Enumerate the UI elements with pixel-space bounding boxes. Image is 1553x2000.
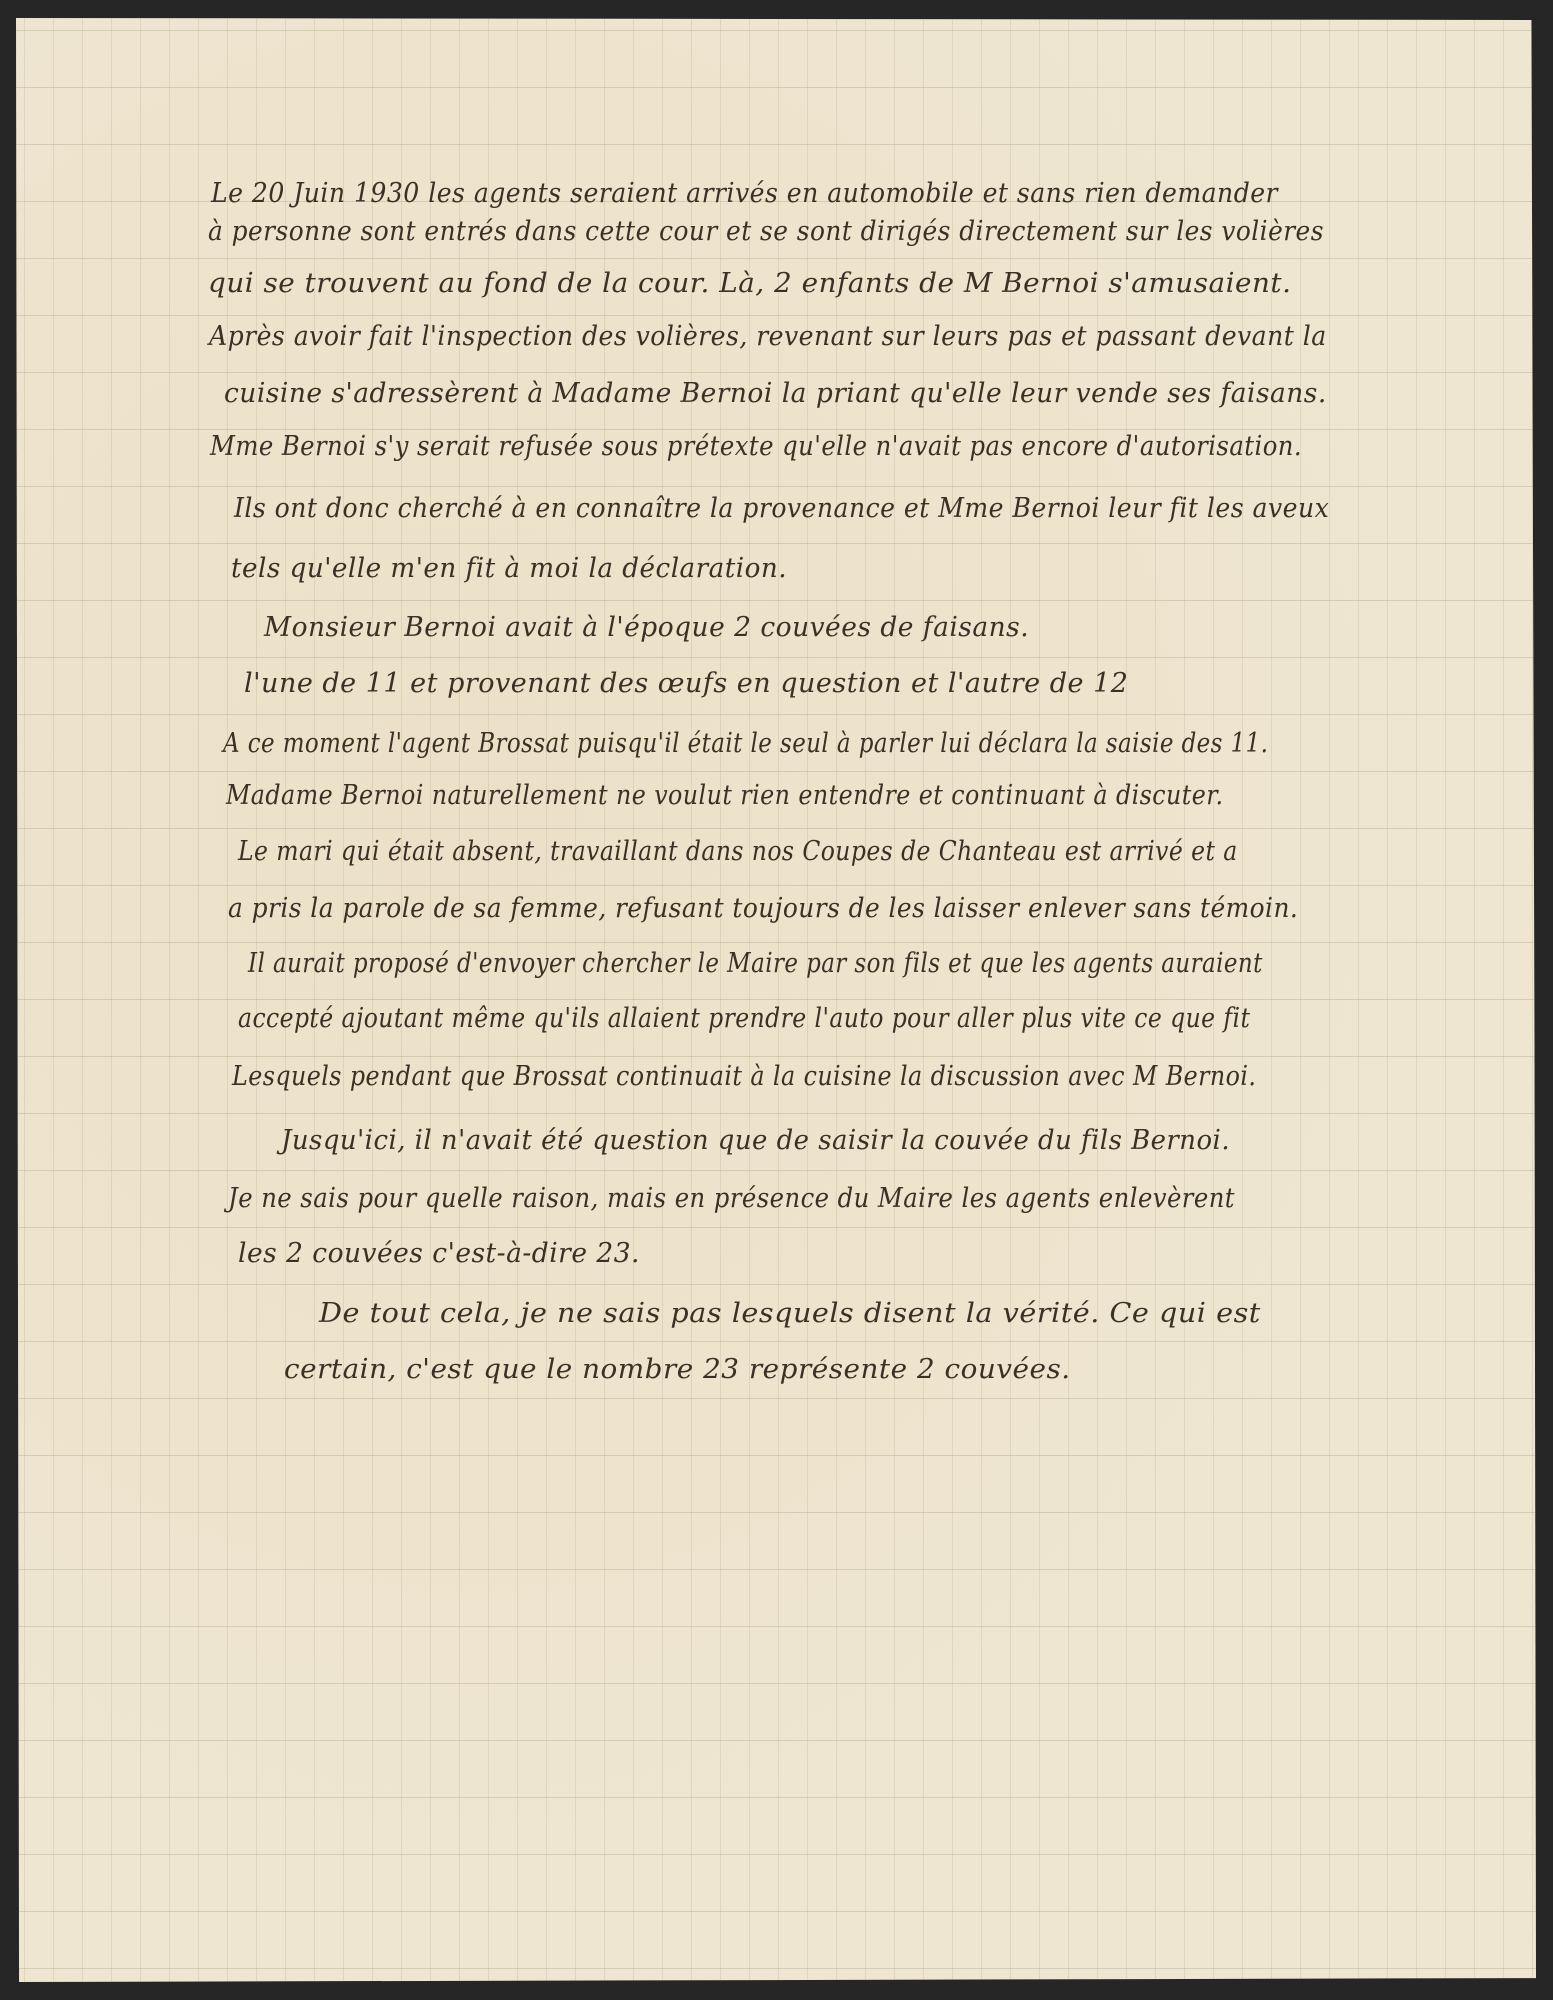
text-line-12: Madame Bernoi naturellement ne voulut ri… xyxy=(226,780,1223,811)
text-line-13: Le mari qui était absent, travaillant da… xyxy=(238,836,1238,867)
text-line-2: à personne sont entrés dans cette cour e… xyxy=(208,216,1324,247)
text-line-17: Lesquels pendant que Brossat continuait … xyxy=(232,1061,1256,1092)
text-line-19: Je ne sais pour quelle raison, mais en p… xyxy=(228,1183,1235,1214)
text-line-21: De tout cela, je ne sais pas lesquels di… xyxy=(319,1298,1261,1329)
text-line-18: Jusqu'ici, il n'avait été question que d… xyxy=(281,1125,1230,1156)
text-line-14: a pris la parole de sa femme, refusant t… xyxy=(228,893,1298,924)
text-line-15: Il aurait proposé d'envoyer chercher le … xyxy=(248,948,1263,979)
text-line-8: tels qu'elle m'en fit à moi la déclarati… xyxy=(231,553,787,584)
text-line-1: Le 20 Juin 1930 les agents seraient arri… xyxy=(211,178,1420,209)
handwritten-page: Le 20 Juin 1930 les agents seraient arri… xyxy=(16,18,1536,1982)
text-line-20: les 2 couvées c'est-à-dire 23. xyxy=(238,1238,640,1269)
text-line-10: l'une de 11 et provenant des œufs en que… xyxy=(244,668,1128,699)
text-line-6: Mme Bernoi s'y serait refusée sous préte… xyxy=(210,431,1302,462)
text-line-4: Après avoir fait l'inspection des volièr… xyxy=(209,321,1327,352)
text-line-22: certain, c'est que le nombre 23 représen… xyxy=(284,1354,1071,1385)
text-line-16: accepté ajoutant même qu'ils allaient pr… xyxy=(238,1003,1250,1034)
text-line-5: cuisine s'adressèrent à Madame Bernoi la… xyxy=(224,378,1327,409)
text-line-3: qui se trouvent au fond de la cour. Là, … xyxy=(208,268,1291,299)
text-line-7: Ils ont donc cherché à en connaître la p… xyxy=(234,493,1329,524)
text-line-9: Monsieur Bernoi avait à l'époque 2 couvé… xyxy=(264,612,1029,643)
text-line-11: A ce moment l'agent Brossat puisqu'il ét… xyxy=(223,728,1268,759)
